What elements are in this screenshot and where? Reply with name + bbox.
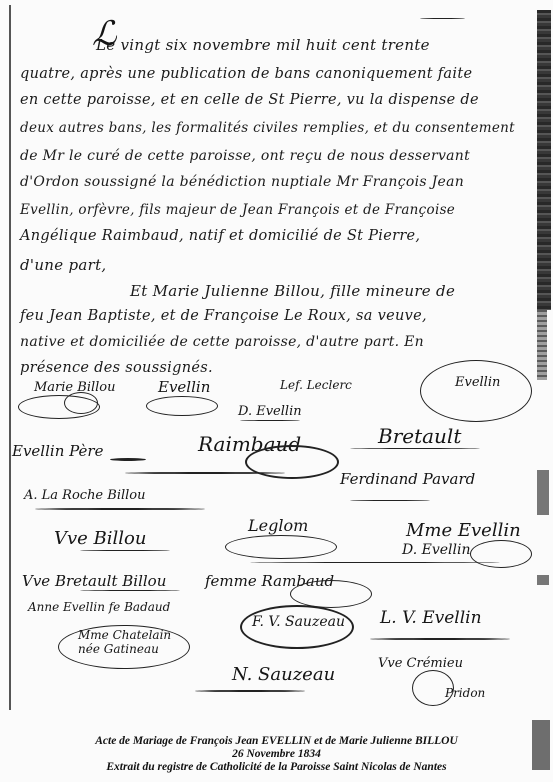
- body-line: en cette paroisse, et en celle de St Pie…: [20, 92, 479, 108]
- body-line: feu Jean Baptiste, et de Françoise Le Ro…: [20, 308, 427, 324]
- signature-flourish: [420, 360, 532, 422]
- signature: D. Evellin: [238, 404, 302, 419]
- body-line: native et domiciliée de cette paroisse, …: [20, 334, 424, 350]
- signature: Evellin Père: [12, 442, 103, 460]
- signature: A. La Roche Billou: [24, 488, 146, 503]
- signature-underline: [35, 508, 205, 510]
- signature: Bretault: [378, 424, 461, 448]
- signature-underline: [125, 472, 285, 474]
- signature-flourish: [470, 540, 532, 568]
- signature-underline: [350, 448, 480, 449]
- body-line: présence des soussignés.: [20, 360, 213, 376]
- signature: F. V. Sauzeau: [252, 614, 345, 630]
- body-line: Evellin, orfèvre, fils majeur de Jean Fr…: [20, 202, 455, 218]
- signature-underline: [110, 458, 146, 461]
- signature: Evellin: [158, 378, 210, 396]
- signature-flourish: [412, 670, 454, 706]
- body-line: quatre, après une publication de bans ca…: [20, 66, 472, 82]
- body-line: de Mr le curé de cette paroisse, ont reç…: [20, 148, 470, 164]
- document-page: ℒ Le vingt six novembre mil huit cent tr…: [0, 0, 553, 782]
- header-stroke: [420, 18, 465, 19]
- signature-underline: [195, 690, 305, 692]
- signature-flourish: [64, 392, 98, 414]
- signature-underline: [80, 550, 170, 551]
- body-line: Angélique Raimbaud, natif et domicilié d…: [20, 228, 420, 244]
- signature: Evellin: [455, 375, 500, 390]
- signature: Mme Evellin: [406, 520, 521, 541]
- signature: Anne Evellin fe Badaud: [28, 600, 170, 614]
- body-line: d'une part,: [20, 256, 107, 274]
- signature: Vve Bretault Billou: [22, 572, 166, 590]
- body-line: Le vingt six novembre mil huit cent tren…: [96, 36, 430, 54]
- signature-underline: [350, 500, 430, 501]
- signature: N. Sauzeau: [232, 664, 335, 685]
- signature: Vve Crémieu: [378, 656, 463, 671]
- page-tab-marker: [537, 470, 549, 515]
- caption-title: Acte de Mariage de François Jean EVELLIN…: [0, 735, 553, 748]
- scan-right-edge-shadow: [537, 10, 551, 310]
- body-line: Et Marie Julienne Billou, fille mineure …: [130, 282, 455, 300]
- caption-date: 26 Novembre 1834: [0, 748, 553, 761]
- signature: Vve Billou: [54, 528, 146, 549]
- signature: D. Evellin: [402, 542, 471, 558]
- page-tab-marker: [537, 575, 549, 585]
- signature-flourish: [146, 396, 218, 416]
- signature: Ferdinand Pavard: [340, 470, 475, 488]
- signature-underline: [240, 420, 300, 421]
- scan-right-edge-fade: [537, 310, 547, 380]
- signature-flourish: [245, 445, 339, 479]
- left-margin-dotted-rule: [10, 360, 11, 710]
- signature-flourish: [225, 535, 337, 559]
- signature-underline: [370, 638, 510, 640]
- signature-underline: [250, 562, 500, 563]
- signature: Leglom: [248, 516, 308, 535]
- signature: Mme Chatelain née Gatineau: [78, 628, 178, 656]
- signature: L. V. Evellin: [380, 608, 482, 628]
- caption-source: Extrait du registre de Catholicité de la…: [0, 761, 553, 774]
- body-line: deux autres bans, les formalités civiles…: [20, 120, 515, 136]
- signature-flourish: [290, 580, 372, 608]
- signature: Lef. Leclerc: [280, 378, 352, 392]
- body-line: d'Ordon soussigné la bénédiction nuptial…: [20, 174, 464, 190]
- signature-underline: [80, 590, 180, 591]
